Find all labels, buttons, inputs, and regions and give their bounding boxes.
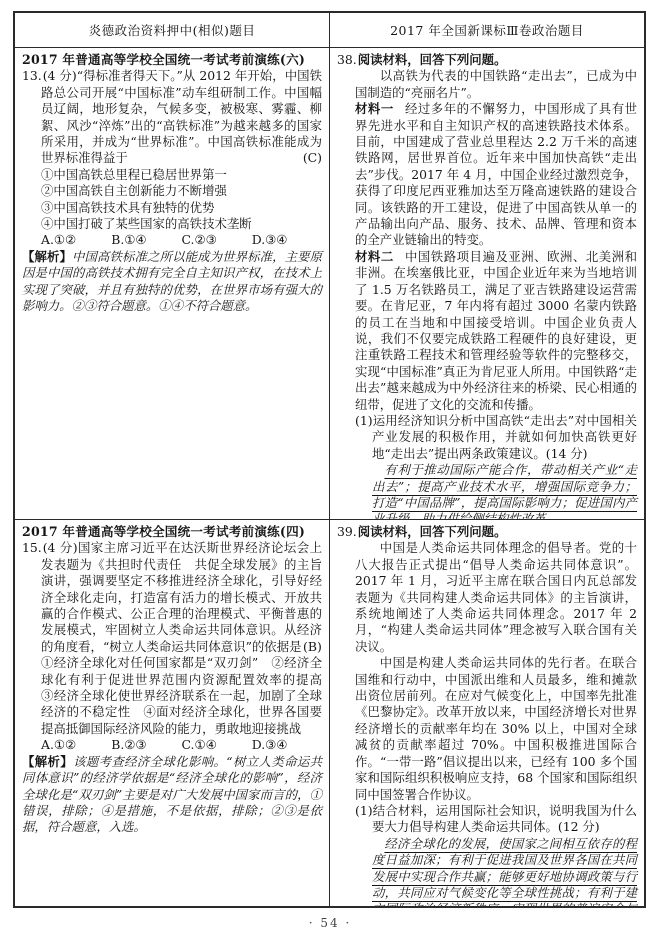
- question-13-option-d: D.③④: [252, 232, 322, 248]
- question-39-written-answer: 经济全球化的发展，使国家之间相互依存的程度日益加深；有利于促进我国及世界各国在共…: [372, 836, 637, 906]
- question-38-number: 38.: [337, 52, 358, 67]
- question-13-point-3: ③中国高铁技术具有独特的优势: [41, 200, 322, 216]
- header-right-column-title: 2017 年全国新课标Ⅲ卷政治题目: [330, 13, 644, 47]
- question-13-point-2: ②中国高铁自主创新能力不断增强: [41, 183, 322, 199]
- analysis-label: 【解析】: [22, 754, 73, 769]
- question-15-option-c: C.①④: [182, 737, 252, 753]
- question-13-option-c: C.②③: [182, 232, 252, 248]
- practice-question-13-cell: 2017 年普通高等学校全国统一考试考前演练(六) 13.(4 分)“得标准者得…: [15, 48, 330, 519]
- question-15-option-d: D.③④: [252, 737, 322, 753]
- question-13-analysis: 【解析】中国高铁标准之所以能成为世界标准，主要原因是中国的高铁技术拥有完全自主知…: [22, 249, 322, 315]
- table-header-row: 炎德政治资料押中(相似)题目 2017 年全国新课标Ⅲ卷政治题目: [15, 13, 644, 48]
- question-13-source-title: 2017 年普通高等学校全国统一考试考前演练(六): [22, 52, 322, 68]
- question-15-options: A.①② B.②③ C.①④ D.③④: [22, 737, 322, 753]
- material-2-text: 中国铁路项目遍及亚洲、欧洲、北美洲和非洲。在埃塞俄比亚，中国企业近年来为当地培训…: [355, 249, 637, 412]
- question-13-stem: 13.(4 分)“得标准者得天下。”从 2012 年开始，中国铁路总公司开展“中…: [22, 68, 322, 166]
- subquestion-1-text: 运用经济知识分析中国高铁“走出去”对中国相关产业发展的积极作用，并就如何加快高铁…: [372, 413, 637, 461]
- question-38-subquestion-1: (1)运用经济知识分析中国高铁“走出去”对中国相关产业发展的积极作用，并就如何加…: [355, 413, 637, 519]
- question-38-heading: 38.阅读材料，回答下列问题。: [337, 52, 637, 68]
- material-2-label: 材料二: [355, 249, 405, 264]
- question-13-options: A.①② B.①④ C.②③ D.③④: [22, 232, 322, 248]
- question-13-point-1: ①中国高铁总里程已稳居世界第一: [41, 167, 322, 183]
- analysis-label: 【解析】: [22, 249, 72, 264]
- question-39-subquestion-1: (1)结合材料，运用国际社会知识，说明我国为什么要大力倡导构建人类命运共同体。(…: [355, 803, 637, 906]
- subquestion-1-number: (1): [355, 803, 373, 818]
- table-row-2: 2017 年普通高等学校全国统一考试考前演练(四) 15.(4 分)国家主席习近…: [15, 520, 644, 906]
- question-15-points-inline: ①经济全球化对任何国家都是“双刃剑” ②经济全球化有利于促进世界范围内资源配置效…: [22, 655, 322, 737]
- question-15-number: 15.: [22, 540, 43, 555]
- question-15-source-title: 2017 年普通高等学校全国统一考试考前演练(四): [22, 524, 322, 540]
- question-39-title: 阅读材料，回答下列问题。: [358, 524, 507, 539]
- question-15-analysis: 【解析】该题考查经济全球化影响。“树立人类命运共同体意识”的经济学依据是“经济全…: [22, 754, 322, 836]
- question-39-paragraph-2: 中国是构建人类命运共同体的先行者。在联合国维和行动中，中国派出维和人员最多，维和…: [355, 655, 637, 803]
- page-number: · 54 ·: [0, 916, 660, 930]
- question-13-stem-text: (4 分)“得标准者得天下。”从 2012 年开始，中国铁路总公司开展“中国标准…: [41, 68, 322, 165]
- question-38-body: 以高铁为代表的中国铁路“走出去”，已成为中国制造的“亮丽名片”。 材料一经过多年…: [337, 68, 637, 519]
- exam-question-39-cell: 39.阅读材料，回答下列问题。 中国是人类命运共同体理念的倡导者。党的十八大报告…: [330, 520, 644, 906]
- question-13-points: ①中国高铁总里程已稳居世界第一 ②中国高铁自主创新能力不断增强 ③中国高铁技术具…: [22, 167, 322, 233]
- material-1-text: 经过多年的不懈努力，中国形成了具有世界先进水平和自主知识产权的高速铁路技术体系。…: [355, 101, 637, 247]
- question-13-option-a: A.①②: [41, 232, 111, 248]
- question-13-point-4: ④中国打破了某些国家的高铁技术垄断: [41, 216, 322, 232]
- header-left-column-title: 炎德政治资料押中(相似)题目: [15, 13, 330, 47]
- question-15-option-b: B.②③: [111, 737, 181, 753]
- question-13-option-b: B.①④: [111, 232, 181, 248]
- subquestion-1-text: 结合材料，运用国际社会知识，说明我国为什么要大力倡导构建人类命运共同体。(12 …: [372, 803, 637, 834]
- comparison-table: 炎德政治资料押中(相似)题目 2017 年全国新课标Ⅲ卷政治题目 2017 年普…: [13, 11, 646, 908]
- question-15-stem: 15.(4 分)国家主席习近平在达沃斯世界经济论坛会上发表题为《共担时代责任 共…: [22, 540, 322, 655]
- question-38-material-1: 材料一经过多年的不懈努力，中国形成了具有世界先进水平和自主知识产权的高速铁路技术…: [355, 101, 637, 249]
- question-15-stem-text: (4 分)国家主席习近平在达沃斯世界经济论坛会上发表题为《共担时代责任 共促全球…: [41, 540, 322, 653]
- question-13-number: 13.: [22, 68, 43, 83]
- question-39-heading: 39.阅读材料，回答下列问题。: [337, 524, 637, 540]
- practice-question-15-cell: 2017 年普通高等学校全国统一考试考前演练(四) 15.(4 分)国家主席习近…: [15, 520, 330, 906]
- table-row-1: 2017 年普通高等学校全国统一考试考前演练(六) 13.(4 分)“得标准者得…: [15, 48, 644, 520]
- material-1-label: 材料一: [355, 101, 405, 116]
- exam-question-38-cell: 38.阅读材料，回答下列问题。 以高铁为代表的中国铁路“走出去”，已成为中国制造…: [330, 48, 644, 519]
- question-38-intro: 以高铁为代表的中国铁路“走出去”，已成为中国制造的“亮丽名片”。: [355, 68, 637, 101]
- question-38-title: 阅读材料，回答下列问题。: [358, 52, 507, 67]
- question-38-material-2: 材料二中国铁路项目遍及亚洲、欧洲、北美洲和非洲。在埃塞俄比亚，中国企业近年来为当…: [355, 249, 637, 413]
- subquestion-1-number: (1): [355, 413, 373, 428]
- question-39-body: 中国是人类命运共同体理念的倡导者。党的十八大报告正式提出“倡导人类命运共同体意识…: [337, 540, 637, 906]
- question-38-written-answer-1: 有利于推动国际产能合作，带动相关产业“走出去”；提高产业技术水平，增强国际竞争力…: [372, 462, 637, 519]
- question-39-paragraph-1: 中国是人类命运共同体理念的倡导者。党的十八大报告正式提出“倡导人类命运共同体意识…: [355, 540, 637, 655]
- question-39-number: 39.: [337, 524, 358, 539]
- question-15-option-a: A.①②: [41, 737, 111, 753]
